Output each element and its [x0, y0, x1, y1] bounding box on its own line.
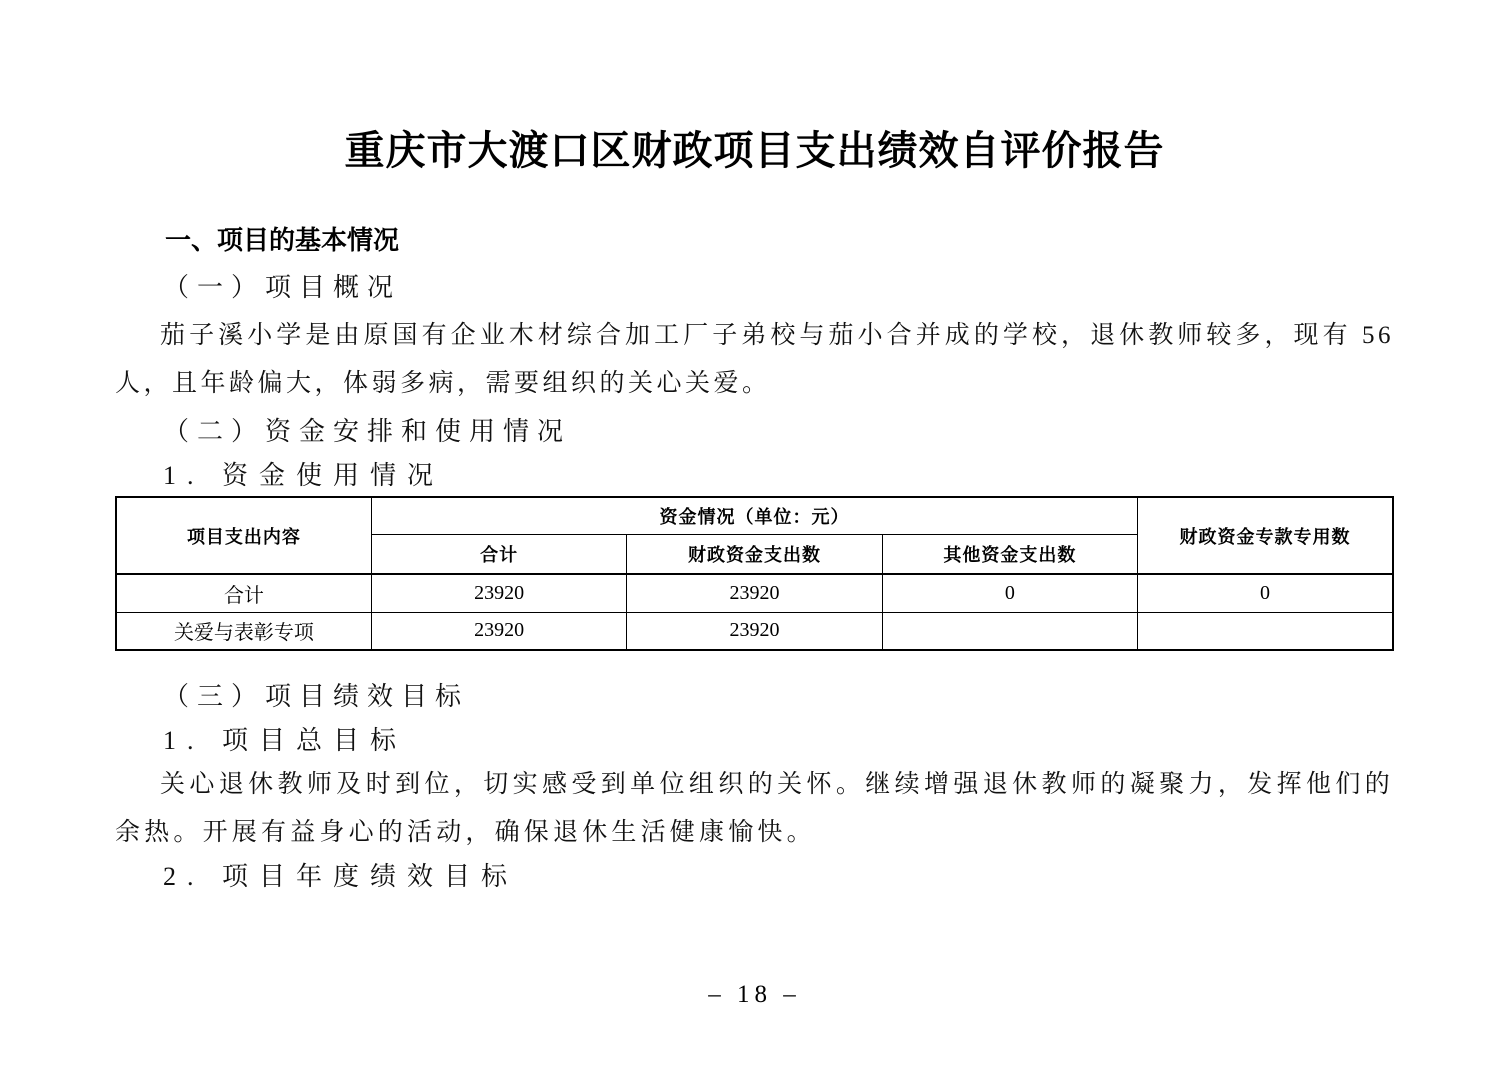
page-number: – 18 –	[115, 977, 1394, 1013]
cell-total-amount: 23920	[371, 612, 626, 650]
table-row-care-award-special: 关爱与表彰专项 23920 23920	[116, 612, 1393, 650]
cell-row-label: 关爱与表彰专项	[116, 612, 371, 650]
column-subheader-other-expenditure: 其他资金支出数	[882, 534, 1137, 574]
numbered-item-annual-goal: 2. 项目年度绩效目标	[115, 857, 1394, 897]
numbered-item-fund-usage: 1. 资金使用情况	[115, 456, 1394, 496]
subsection-heading-performance-goals: （三）项目绩效目标	[115, 673, 1394, 721]
section-heading-basic-info: 一、项目的基本情况	[115, 216, 1394, 264]
table-row-total: 合计 23920 23920 0 0	[116, 574, 1393, 612]
cell-total-amount: 23920	[371, 574, 626, 612]
subsection-heading-fund-arrangement: （二）资金安排和使用情况	[115, 408, 1394, 456]
cell-earmarked-amount	[1138, 612, 1393, 650]
cell-fiscal-amount: 23920	[627, 612, 882, 650]
column-header-expenditure-content: 项目支出内容	[116, 497, 371, 574]
column-subheader-fiscal-expenditure: 财政资金支出数	[627, 534, 882, 574]
document-title: 重庆市大渡口区财政项目支出绩效自评价报告	[115, 122, 1394, 180]
column-header-earmarked-funds: 财政资金专款专用数	[1138, 497, 1393, 574]
paragraph-project-overview: 茄子溪小学是由原国有企业木材综合加工厂子弟校与茄小合并成的学校，退休教师较多，现…	[115, 312, 1394, 408]
column-subheader-total: 合计	[371, 534, 626, 574]
subsection-heading-project-overview: （一）项目概况	[115, 264, 1394, 312]
cell-fiscal-amount: 23920	[627, 574, 882, 612]
funding-table: 项目支出内容 资金情况（单位：元） 财政资金专款专用数 合计 财政资金支出数 其…	[115, 496, 1394, 651]
numbered-item-overall-goal: 1. 项目总目标	[115, 721, 1394, 761]
cell-earmarked-amount: 0	[1138, 574, 1393, 612]
cell-other-amount	[882, 612, 1137, 650]
table-header-row-1: 项目支出内容 资金情况（单位：元） 财政资金专款专用数	[116, 497, 1393, 534]
document-page: 重庆市大渡口区财政项目支出绩效自评价报告 一、项目的基本情况 （一）项目概况 茄…	[0, 0, 1510, 1075]
paragraph-overall-goal: 关心退休教师及时到位，切实感受到单位组织的关怀。继续增强退休教师的凝聚力，发挥他…	[115, 761, 1394, 857]
cell-other-amount: 0	[882, 574, 1137, 612]
cell-row-label: 合计	[116, 574, 371, 612]
column-group-header-funds: 资金情况（单位：元）	[371, 497, 1137, 534]
